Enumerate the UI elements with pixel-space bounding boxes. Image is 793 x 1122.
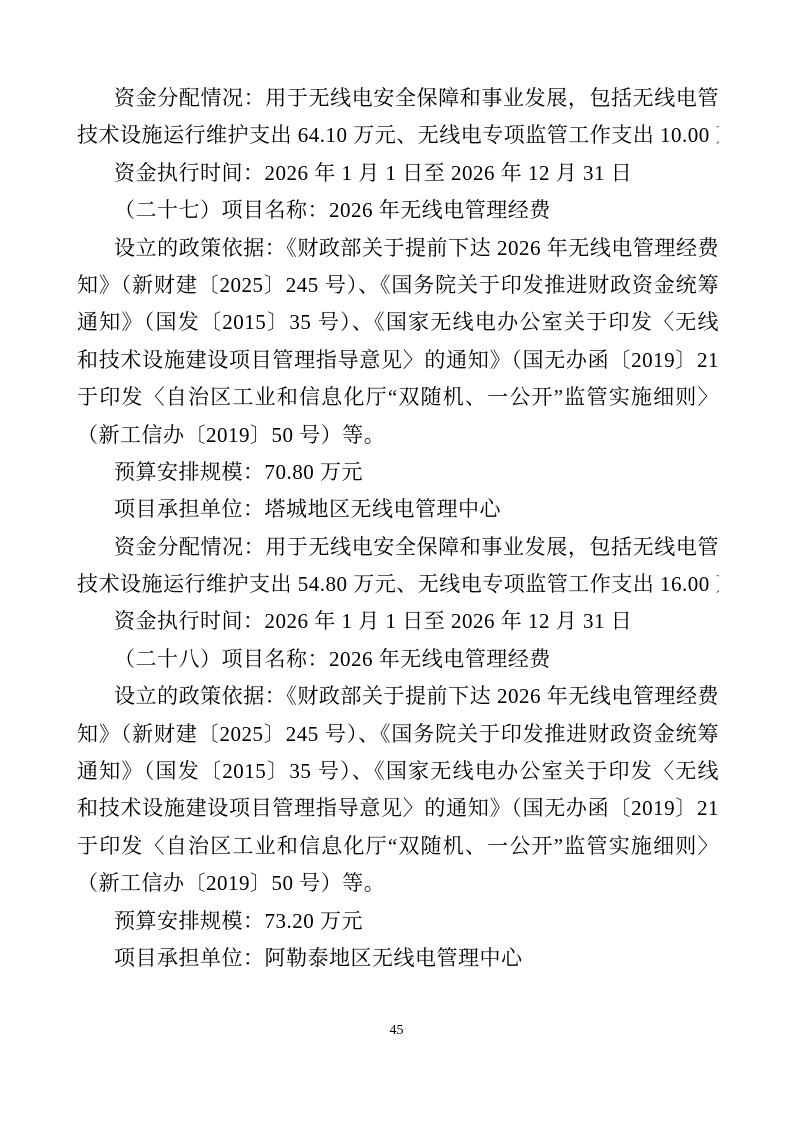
text-line: 知》（新财建〔2025〕245 号）、《国务院关于印发推进财政资金统筹使用方案的 (77, 716, 719, 753)
text-line: 资金分配情况：用于无线电安全保障和事业发展，包括无线电管理基础和 (77, 529, 719, 566)
text-line: 资金执行时间：2026 年 1 月 1 日至 2026 年 12 月 31 日 (77, 603, 719, 640)
text-line: 项目承担单位：塔城地区无线电管理中心 (77, 491, 719, 528)
text-line: 设立的政策依据：《财政部关于提前下达 2026 年无线电管理经费预算的通 (77, 230, 719, 267)
text-line: 技术设施运行维护支出 54.80 万元、无线电专项监管工作支出 16.00 万元… (77, 566, 719, 603)
text-line: （新工信办〔2019〕50 号）等。 (77, 417, 719, 454)
text-line: （二十七）项目名称：2026 年无线电管理经费 (77, 192, 719, 229)
text-line: 和技术设施建设项目管理指导意见〉的通知》（国无办函〔2019〕21 号）、《关 (77, 342, 719, 379)
text-line: （二十八）项目名称：2026 年无线电管理经费 (77, 641, 719, 678)
text-line: 于印发〈自治区工业和信息化厅“双随机、一公开”监管实施细则〉的通知》 (77, 828, 719, 865)
text-line: 资金执行时间：2026 年 1 月 1 日至 2026 年 12 月 31 日 (77, 155, 719, 192)
text-line: 项目承担单位：阿勒泰地区无线电管理中心 (77, 940, 719, 977)
text-line: 和技术设施建设项目管理指导意见〉的通知》（国无办函〔2019〕21 号）、《关 (77, 790, 719, 827)
text-line: 知》（新财建〔2025〕245 号）、《国务院关于印发推进财政资金统筹使用方案的 (77, 267, 719, 304)
document-page: 资金分配情况：用于无线电安全保障和事业发展，包括无线电管理基础和技术设施运行维护… (0, 0, 793, 1122)
text-line: 技术设施运行维护支出 64.10 万元、无线电专项监管工作支出 10.00 万元… (77, 117, 719, 154)
text-line: 设立的政策依据：《财政部关于提前下达 2026 年无线电管理经费预算的通 (77, 678, 719, 715)
text-line: （新工信办〔2019〕50 号）等。 (77, 865, 719, 902)
text-line: 资金分配情况：用于无线电安全保障和事业发展，包括无线电管理基础和 (77, 80, 719, 117)
text-line: 预算安排规模：73.20 万元 (77, 903, 719, 940)
text-line: 预算安排规模：70.80 万元 (77, 454, 719, 491)
text-line: 通知》（国发〔2015〕35 号）、《国家无线电办公室关于印发〈无线电管理基础 (77, 753, 719, 790)
document-body: 资金分配情况：用于无线电安全保障和事业发展，包括无线电管理基础和技术设施运行维护… (77, 80, 719, 977)
text-line: 于印发〈自治区工业和信息化厅“双随机、一公开”监管实施细则〉的通知》 (77, 379, 719, 416)
page-number: 45 (0, 1022, 793, 1040)
text-line: 通知》（国发〔2015〕35 号）、《国家无线电办公室关于印发〈无线电管理基础 (77, 304, 719, 341)
